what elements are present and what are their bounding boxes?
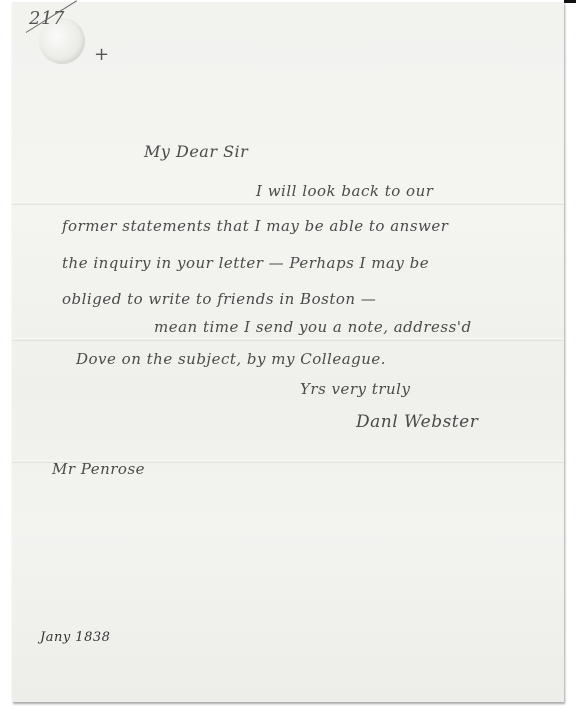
body-line-3: the inquiry in your letter — Perhaps I m… [62, 254, 429, 272]
margin-cross-mark: + [94, 44, 110, 65]
closing: Yrs very truly [300, 380, 410, 398]
body-line-1: I will look back to our [256, 182, 433, 200]
body-line-4: obliged to write to friends in Boston — [62, 290, 376, 308]
letter-page: 217 + My Dear Sir I will look back to ou… [12, 2, 564, 702]
paper-crease [12, 338, 564, 341]
salutation: My Dear Sir [144, 142, 248, 161]
scan-edge-mark [564, 0, 576, 3]
body-line-2: former statements that I may be able to … [62, 217, 448, 235]
addressee: Mr Penrose [52, 460, 145, 478]
paper-crease [12, 202, 564, 205]
body-line-5: mean time I send you a note, address'd [154, 318, 472, 336]
body-line-6: Dove on the subject, by my Colleague. [76, 350, 386, 368]
signature: Danl Webster [356, 412, 478, 432]
date-note: Jany 1838 [40, 630, 110, 645]
